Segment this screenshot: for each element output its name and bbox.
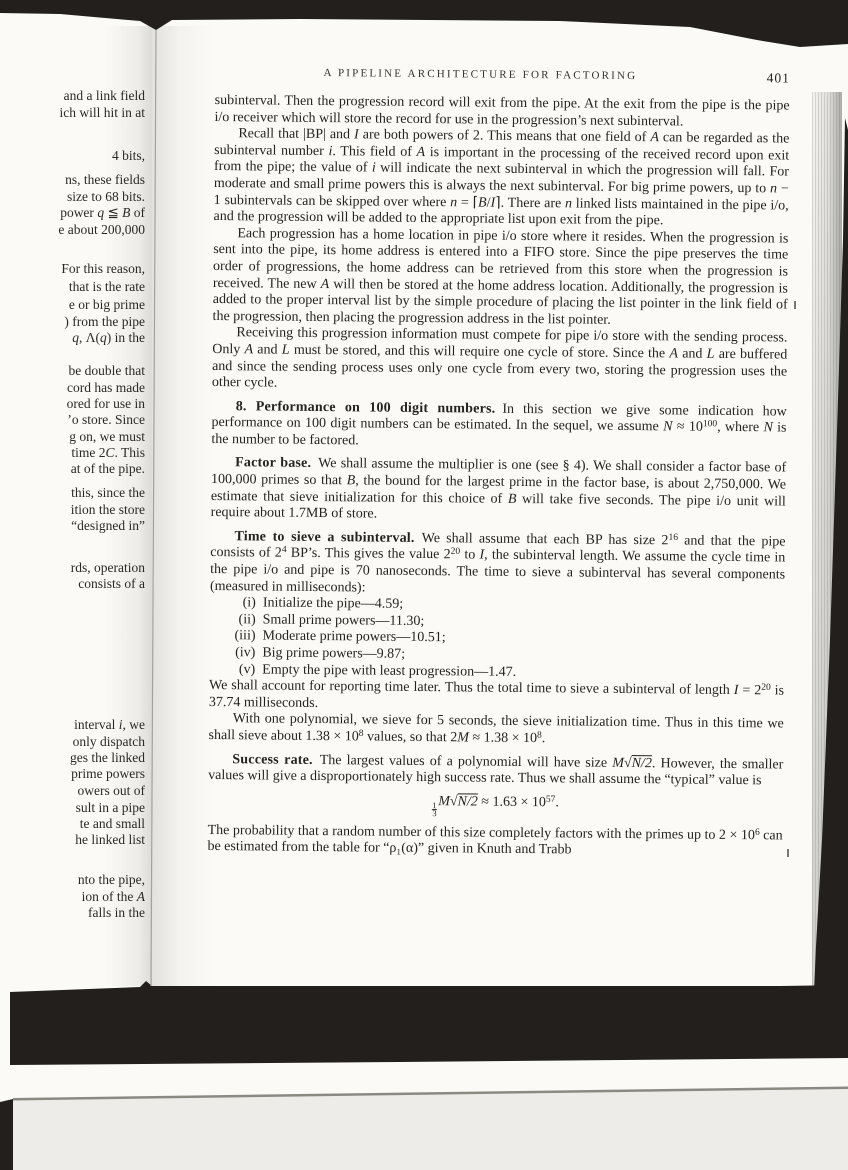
list-item-text: Small prime powers—11.30;: [263, 612, 425, 630]
left-page-fragment: prime powers: [0, 766, 145, 782]
table-edge-line: [13, 1087, 848, 1101]
list-item-number: (ii): [210, 612, 256, 629]
left-page-fragment: ion of the A: [0, 889, 145, 905]
page-number: 401: [767, 70, 790, 86]
left-page-fragment: only dispatch: [0, 734, 145, 750]
list-item-text: Moderate prime powers—10.51;: [262, 629, 445, 647]
margin-mark: [787, 849, 789, 857]
left-page-fragment: power q ≦ B of: [0, 205, 145, 221]
left-page-fragment: consists of a: [0, 576, 145, 592]
left-page-fragment: ’o store. Since: [0, 412, 145, 428]
paragraph: Time to sieve a subinterval. We shall as…: [210, 529, 786, 601]
left-page-cut-off-text: and a link fieldich will hit in at4 bits…: [0, 0, 148, 990]
left-page-fragment: For this reason,: [0, 261, 145, 277]
left-page-fragment: ition the store: [0, 502, 145, 518]
photo-bottom-border: [10, 981, 848, 1065]
page-paragraphs: subinterval. Then the progression record…: [207, 93, 789, 861]
list-item-number: (i): [210, 595, 256, 612]
left-page-fragment: “designed in”: [0, 518, 145, 534]
scanned-book-photo: { "colors": { "photo_black": "#221f1c", …: [0, 0, 848, 1170]
left-page-fragment: owers out of: [0, 783, 145, 799]
left-page-fragment: sult in a pipe: [0, 800, 145, 816]
running-title: A PIPELINE ARCHITECTURE FOR FACTORING: [193, 66, 768, 84]
left-page-fragment: te and small: [0, 816, 145, 832]
left-page-fragment: he linked list: [0, 832, 145, 848]
left-page-fragment: e about 200,000: [0, 222, 145, 238]
left-page-fragment: ges the linked: [0, 750, 145, 766]
one-third-fraction: 13: [432, 802, 437, 817]
list-item-number: (iii): [209, 628, 255, 645]
left-page-fragment: e or big prime: [0, 297, 145, 313]
left-page-fragment: ) from the pipe: [0, 314, 145, 330]
left-page-fragment: this, since the: [0, 485, 145, 501]
left-page-fragment: and a link field: [0, 88, 145, 104]
list-item-number: (v): [209, 662, 255, 679]
paragraph: We shall account for reporting time late…: [209, 678, 784, 717]
paragraph: The probability that a random number of …: [207, 823, 782, 862]
left-page-fragment: falls in the: [0, 905, 145, 921]
left-page-fragment: cord has made: [0, 380, 145, 396]
right-page-gutter-shadow: [152, 26, 214, 986]
page-header: A PIPELINE ARCHITECTURE FOR FACTORING 40…: [215, 66, 790, 92]
paragraph: Success rate. The largest values of a po…: [208, 752, 783, 791]
paragraph: Each progression has a home location in …: [213, 226, 789, 331]
left-page-fragment: ich will hit in at: [0, 105, 145, 121]
left-page-fragment: ns, these fields: [0, 172, 145, 188]
paragraph: Factor base. We shall assume the multipl…: [211, 455, 787, 527]
left-page-fragment: ored for use in: [0, 396, 145, 412]
under-book-surface: [13, 1088, 848, 1170]
left-page-fragment: 4 bits,: [0, 148, 145, 164]
left-page-fragment: g on, we must: [0, 429, 145, 445]
paragraph: With one polynomial, we sieve for 5 seco…: [208, 711, 783, 750]
display-formula: 13M√N/2 ≈ 1.63 × 1057.: [208, 792, 783, 821]
list-item-text: Big prime powers—9.87;: [262, 645, 405, 663]
left-page-fragment: time 2C. This: [0, 445, 145, 461]
left-page-fragment: q, Λ(q) in the: [0, 330, 145, 346]
left-page-fragment: rds, operation: [0, 560, 145, 576]
left-page-fragment: size to 68 bits.: [0, 189, 145, 205]
main-page: A PIPELINE ARCHITECTURE FOR FACTORING 40…: [207, 66, 790, 861]
list-item-text: Initialize the pipe—4.59;: [263, 596, 404, 614]
photo-bottom-left-corner: [0, 1099, 13, 1170]
paragraph: subinterval. Then the progression record…: [214, 93, 789, 132]
list-item-number: (iv): [209, 645, 255, 662]
left-page-fragment: nto the pipe,: [0, 872, 145, 888]
left-page-fragment: that is the rate: [0, 279, 145, 295]
paragraph: Recall that |BP| and I are both powers o…: [213, 126, 789, 231]
margin-mark: [794, 301, 796, 309]
left-page-fragment: be double that: [0, 363, 145, 379]
paragraph: 8. Performance on 100 digit numbers. In …: [211, 399, 786, 454]
left-page-fragment: interval i, we: [0, 717, 145, 733]
left-page-fragment: at of the pipe.: [0, 461, 145, 477]
paragraph: Receiving this progression information m…: [212, 325, 788, 397]
page-fore-edge-stack: [812, 92, 842, 1042]
